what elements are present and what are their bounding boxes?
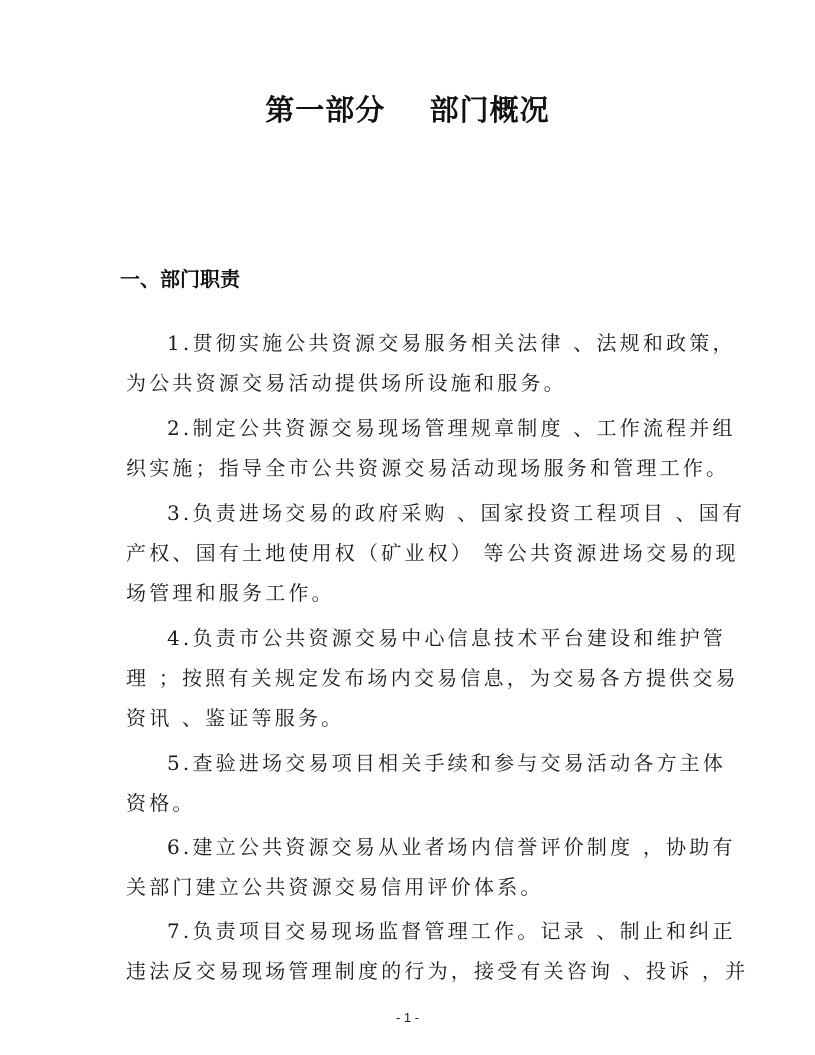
paragraph-line: 产权、国有土地使用权（矿业权） 等公共资源进场交易的现 bbox=[126, 539, 691, 567]
page-number: - 1 - bbox=[0, 1010, 815, 1025]
paragraph-line: 1.贯彻实施公共资源交易服务相关法律 、法规和政策， bbox=[167, 329, 691, 357]
paragraph-line: 3.负责进场交易的政府采购 、国家投资工程项目 、国有 bbox=[167, 499, 691, 527]
page-title: 第一部分 部门概况 bbox=[0, 88, 815, 129]
paragraph-line: 为公共资源交易活动提供场所设施和服务。 bbox=[126, 369, 691, 397]
section-heading: 一、部门职责 bbox=[120, 263, 240, 292]
paragraph-line: 4.负责市公共资源交易中心信息技术平台建设和维护管 bbox=[167, 624, 691, 652]
paragraph-line: 织实施；指导全市公共资源交易活动现场服务和管理工作。 bbox=[126, 454, 691, 482]
document-page: 第一部分 部门概况 一、部门职责 1.贯彻实施公共资源交易服务相关法律 、法规和… bbox=[0, 0, 815, 1055]
paragraph-line: 6.建立公共资源交易从业者场内信誉评价制度 ，协助有 bbox=[167, 833, 691, 861]
paragraph-line: 场管理和服务工作。 bbox=[126, 579, 691, 607]
paragraph-line: 资格。 bbox=[126, 789, 691, 817]
paragraph-line: 违法反交易现场管理制度的行为，接受有关咨询 、投诉 ，并 bbox=[126, 957, 691, 985]
paragraph-line: 2.制定公共资源交易现场管理规章制度 、工作流程并组 bbox=[167, 414, 691, 442]
paragraph-line: 理 ；按照有关规定发布场内交易信息，为交易各方提供交易 bbox=[126, 664, 691, 692]
paragraph-line: 5.查验进场交易项目相关手续和参与交易活动各方主体 bbox=[167, 749, 691, 777]
paragraph-line: 资讯 、鉴证等服务。 bbox=[126, 704, 691, 732]
paragraph-line: 7.负责项目交易现场监督管理工作。记录 、制止和纠正 bbox=[167, 917, 691, 945]
paragraph-line: 关部门建立公共资源交易信用评价体系。 bbox=[126, 873, 691, 901]
